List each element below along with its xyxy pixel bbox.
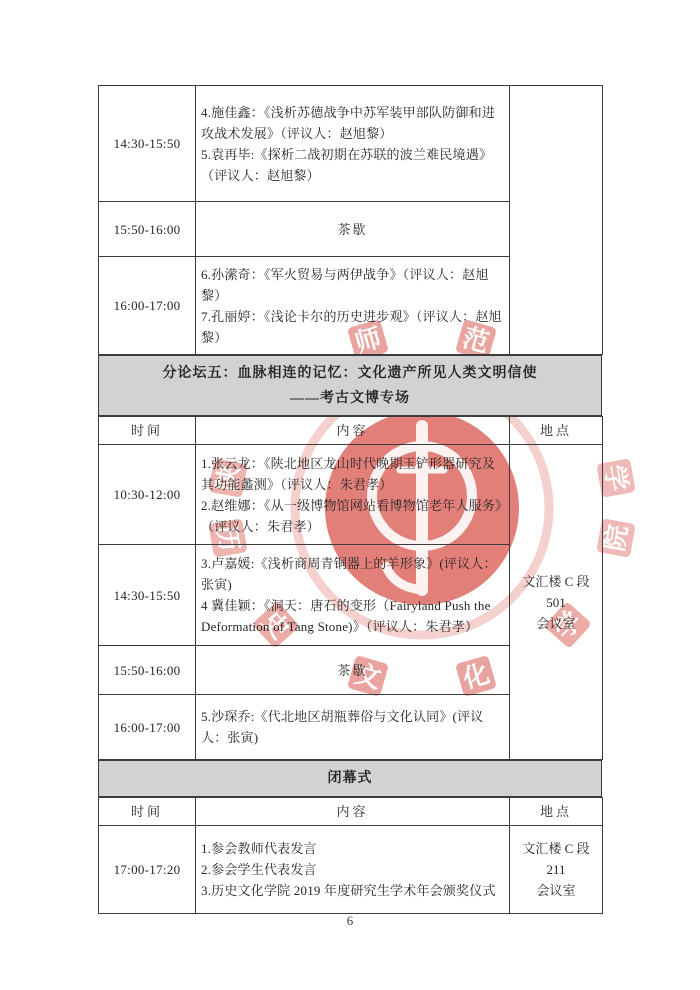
time-cell: 15:50-16:00 — [99, 646, 196, 695]
time-cell: 14:30-15:50 — [99, 86, 196, 202]
table-row: 17:00-17:20 1.参会教师代表发言 2.参会学生代表发言 3.历史文化… — [99, 826, 603, 914]
agenda-item: 1.参会教师代表发言 — [201, 838, 504, 859]
content-cell: 3.卢嘉媛:《浅析商周青铜器上的羊形象》(评议人：张寅) 4 冀佳颖：《洞天：唐… — [196, 545, 510, 646]
content-cell: 5.沙琛乔:《代北地区胡瓶葬俗与文化认同》(评议人：张寅) — [196, 695, 510, 760]
agenda-item: 1.张云龙：《陕北地区龙山时代晚期玉铲形器研究及其功能蠡测》（评议人：朱君孝） — [201, 453, 504, 495]
content-cell: 1.张云龙：《陕北地区龙山时代晚期玉铲形器研究及其功能蠡测》（评议人：朱君孝） … — [196, 445, 510, 545]
location-cell: 文汇楼 C 段 211 会议室 — [510, 826, 603, 914]
tea-break-cell: 茶歇 — [196, 646, 510, 695]
section-band-closing: 闭幕式 — [98, 760, 602, 797]
time-cell: 10:30-12:00 — [99, 445, 196, 545]
agenda-item: 3.历史文化学院 2019 年度研究生学术年会颁奖仪式 — [201, 880, 504, 901]
table-row: 14:30-15:50 4.施佳鑫：《浅析苏德战争中苏军装甲部队防御和进攻战术发… — [99, 86, 603, 202]
header-row: 时间 内容 地点 — [99, 798, 603, 826]
forum4-table: 14:30-15:50 4.施佳鑫：《浅析苏德战争中苏军装甲部队防御和进攻战术发… — [98, 85, 603, 355]
section-band-forum5: 分论坛五：血脉相连的记忆：文化遗产所见人类文明信使 ——考古文博专场 — [98, 355, 602, 416]
agenda-item: 4.施佳鑫：《浅析苏德战争中苏军装甲部队防御和进攻战术发展》（评议人：赵旭黎） — [201, 102, 504, 144]
header-row: 时间 内容 地点 — [99, 417, 603, 445]
svg-text:院: 院 — [600, 523, 633, 554]
document-page: 陕 西 师 范 大 学 — [0, 0, 700, 990]
agenda-item: 5.袁再毕:《探析二战初期在苏联的波兰难民境遇》（评议人：赵旭黎） — [201, 144, 504, 186]
content-cell: 4.施佳鑫：《浅析苏德战争中苏军装甲部队防御和进攻战术发展》（评议人：赵旭黎） … — [196, 86, 510, 202]
section-title: 分论坛五：血脉相连的记忆：文化遗产所见人类文明信使 — [107, 361, 593, 386]
time-cell: 16:00-17:00 — [99, 695, 196, 760]
schedule-content: 14:30-15:50 4.施佳鑫：《浅析苏德战争中苏军装甲部队防御和进攻战术发… — [98, 85, 602, 914]
time-cell: 17:00-17:20 — [99, 826, 196, 914]
column-header-time: 时间 — [99, 798, 196, 826]
section-subtitle: ——考古文博专场 — [107, 386, 593, 411]
content-cell: 1.参会教师代表发言 2.参会学生代表发言 3.历史文化学院 2019 年度研究… — [196, 826, 510, 914]
svg-text:学: 学 — [599, 463, 632, 494]
column-header-content: 内容 — [196, 798, 510, 826]
column-header-time: 时间 — [99, 417, 196, 445]
agenda-item: 7.孔丽婷：《浅论卡尔的历史进步观》（评议人：赵旭黎） — [201, 306, 504, 348]
location-cell: 文汇楼 C 段 501 会议室 — [510, 445, 603, 760]
agenda-item: 2.赵维娜：《从一级博物馆网站看博物馆老年人服务》（评议人：朱君孝） — [201, 495, 504, 537]
column-header-content: 内容 — [196, 417, 510, 445]
forum5-table: 时间 内容 地点 10:30-12:00 1.张云龙：《陕北地区龙山时代晚期玉铲… — [98, 416, 603, 760]
section-title: 闭幕式 — [107, 766, 593, 791]
location-line: 文汇楼 C 段 211 — [515, 838, 597, 880]
column-header-location: 地点 — [510, 417, 603, 445]
table-row: 10:30-12:00 1.张云龙：《陕北地区龙山时代晚期玉铲形器研究及其功能蠡… — [99, 445, 603, 545]
time-cell: 14:30-15:50 — [99, 545, 196, 646]
time-cell: 16:00-17:00 — [99, 257, 196, 355]
agenda-item: 5.沙琛乔:《代北地区胡瓶葬俗与文化认同》(评议人：张寅) — [201, 706, 504, 748]
closing-table: 时间 内容 地点 17:00-17:20 1.参会教师代表发言 2.参会学生代表… — [98, 797, 603, 914]
page-number: 6 — [0, 913, 700, 929]
column-header-location: 地点 — [510, 798, 603, 826]
time-cell: 15:50-16:00 — [99, 202, 196, 257]
location-line: 文汇楼 C 段 501 — [515, 571, 597, 613]
agenda-item: 3.卢嘉媛:《浅析商周青铜器上的羊形象》(评议人：张寅) — [201, 553, 504, 595]
content-cell: 6.孙潆奇：《军火贸易与两伊战争》（评议人：赵旭黎） 7.孔丽婷：《浅论卡尔的历… — [196, 257, 510, 355]
location-line: 会议室 — [515, 880, 597, 901]
location-cell-empty — [510, 86, 603, 355]
tea-break-cell: 茶歇 — [196, 202, 510, 257]
agenda-item: 4 冀佳颖：《洞天：唐石的变形（Fairyland Push the Defor… — [201, 595, 504, 637]
location-line: 会议室 — [515, 613, 597, 634]
agenda-item: 2.参会学生代表发言 — [201, 859, 504, 880]
agenda-item: 6.孙潆奇：《军火贸易与两伊战争》（评议人：赵旭黎） — [201, 264, 504, 306]
